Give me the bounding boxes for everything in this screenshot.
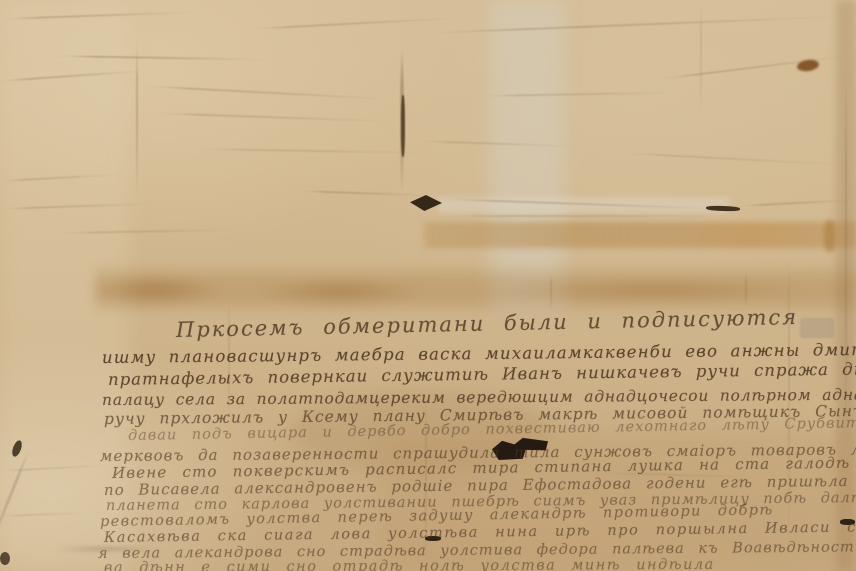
stain-band-upper-right — [424, 222, 856, 248]
manuscript-line: ва дѣнн е сими сно отрадѣ нолѣ уолства м… — [104, 557, 715, 571]
crease-line — [250, 17, 460, 30]
crease-line — [620, 152, 856, 166]
crease-line — [745, 270, 747, 310]
crease-line — [136, 38, 138, 203]
crease-line — [300, 190, 430, 197]
crease-line — [140, 85, 400, 101]
crease-line — [700, 0, 702, 120]
crease-line — [550, 272, 552, 314]
crease-line — [660, 54, 855, 80]
stain-drip — [824, 220, 835, 252]
crease-line — [150, 112, 400, 123]
crease-line — [440, 215, 740, 217]
edge-mark — [0, 552, 10, 565]
manuscript-photo: Пркосемъ обмеритани были и подписуются и… — [0, 0, 856, 571]
crease-line — [200, 148, 430, 154]
crease-dark-core — [401, 95, 405, 157]
faint-stamp — [800, 318, 834, 338]
